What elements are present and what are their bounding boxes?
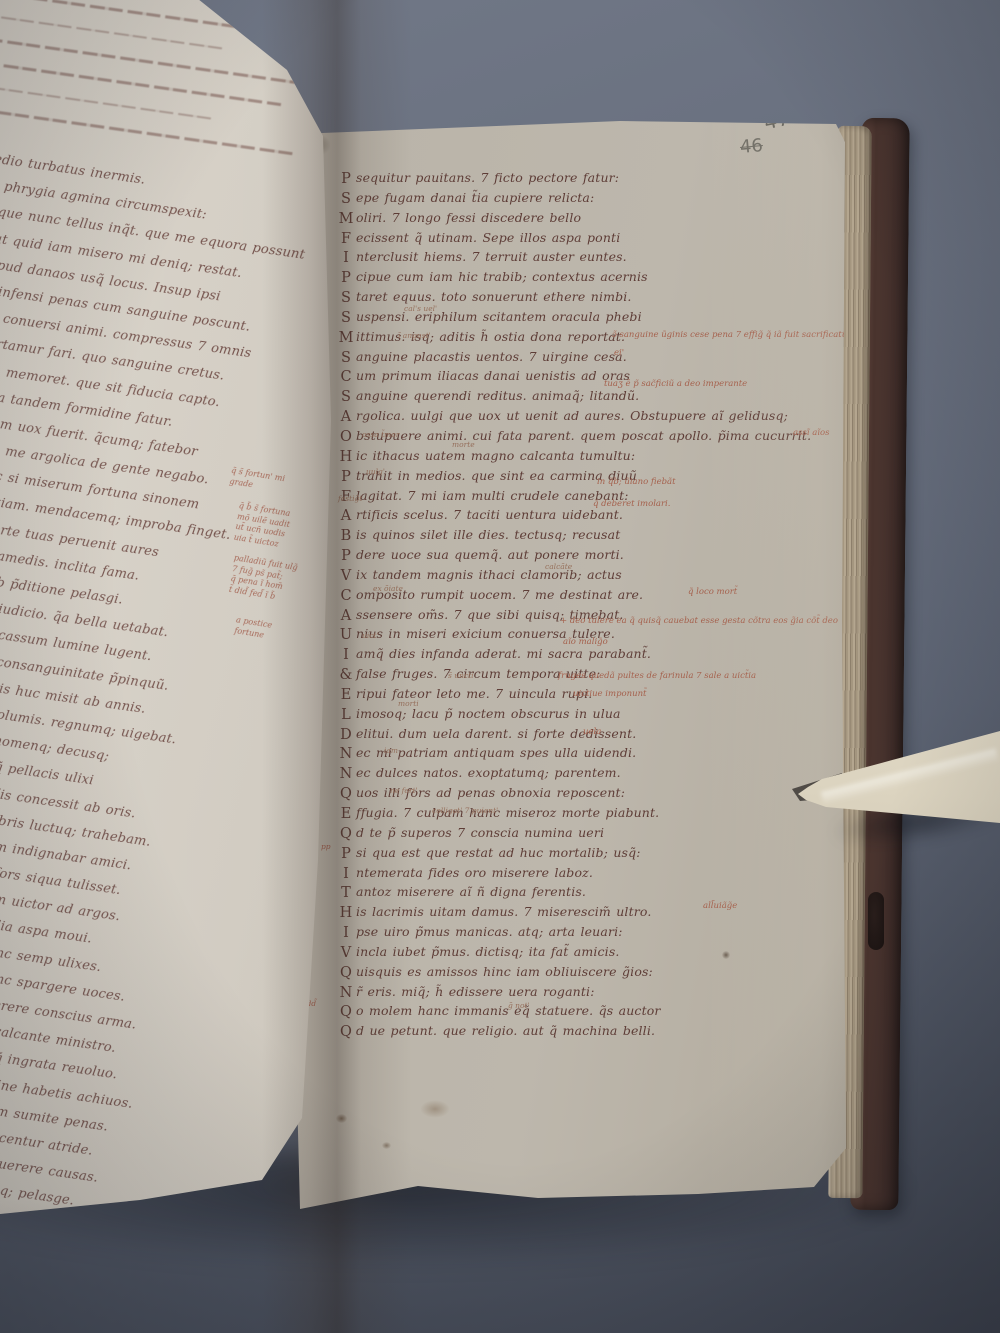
verso-marginal-gloss: q̃ b̃ s̃ fortuna mõ uilẽ uadit ut̃ ucñ … bbox=[233, 501, 292, 551]
verso-marginal-gloss: palladiũ fuit ulg̃ 7 fug̃ ps̃ pat̃; q̃ p… bbox=[228, 553, 298, 605]
manuscript-photo-scene: 47 46 Psequitur pauitans. 7 ficto pector… bbox=[0, 0, 1000, 1333]
gutter-gloss: pp bbox=[321, 842, 331, 851]
cover-clasp-remnant bbox=[868, 892, 884, 950]
verso-marginal-gloss: q̃ s̃ fortun' mi grade bbox=[229, 466, 286, 495]
verso-marginal-gloss: a postice fortune bbox=[234, 615, 273, 641]
